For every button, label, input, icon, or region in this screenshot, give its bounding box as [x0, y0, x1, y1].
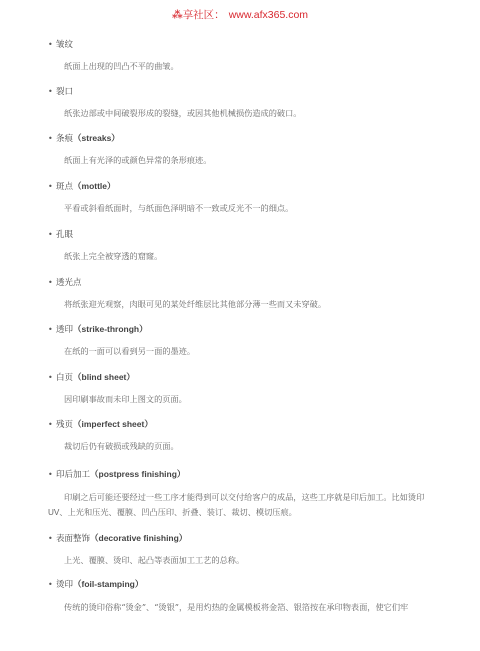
entry-title: •印后加工（postpress finishing）	[48, 468, 185, 481]
entry-description: 上光、覆膜、烫印、起凸等表面加工工艺的总称。	[64, 553, 444, 568]
entry-title: •白页（blind sheet）	[48, 371, 135, 384]
bullet-icon: •	[48, 324, 56, 336]
term-zh: 残页	[56, 420, 73, 430]
bullet-icon: •	[48, 229, 56, 241]
term-en: （foil-stamping）	[73, 579, 143, 589]
bullet-icon: •	[48, 579, 56, 591]
entry-description-line2: UV、上光和压光、覆膜、凹凸压印、折叠、装订、裁切、模切压痕。	[48, 505, 428, 520]
entry-description: 平看或斜看纸面时，与纸面色泽明暗不一致或反光不一的细点。	[64, 201, 444, 216]
entry-description: 纸张上完全被穿透的窟窿。	[64, 249, 444, 264]
term-zh: 印后加工	[56, 470, 90, 480]
description-continuation: 、上光和压光、覆膜、凹凸压印、折叠、装订、裁切、模切压痕。	[59, 507, 296, 517]
bullet-icon: •	[48, 133, 56, 145]
entry-description: 裁切后仍有破损或残缺的页面。	[64, 439, 444, 454]
entry-title: •斑点（mottle）	[48, 180, 116, 193]
bullet-icon: •	[48, 277, 56, 289]
entry-description: 纸面上有光泽的或颜色异常的条形痕迹。	[64, 153, 444, 168]
term-en: （postpress finishing）	[90, 469, 185, 479]
term-zh: 透印	[56, 325, 73, 335]
bullet-icon: •	[48, 533, 56, 545]
term-zh: 皱纹	[56, 40, 73, 50]
term-en: （decorative finishing）	[90, 533, 187, 543]
entry-description: 将纸张迎光观察，肉眼可见的某处纤维层比其他部分薄一些而又未穿破。	[64, 297, 444, 312]
entry-title: •透印（strike-throngh）	[48, 323, 148, 336]
entry-title: •皱纹	[48, 38, 73, 51]
term-zh: 烫印	[56, 580, 73, 590]
entry-description: 因印刷事故而未印上图文的页面。	[64, 392, 444, 407]
entry-description-line1: 印刷之后可能还要经过一些工序才能得到可以交付给客户的成品，这些工序就是印后加工。…	[64, 490, 444, 505]
entry-title: •残页（imperfect sheet）	[48, 418, 153, 431]
term-en: （blind sheet）	[73, 372, 135, 382]
entry-description: 传统的烫印俗称“烫金”、“烫银”，是用灼热的金属模板将金箔、银箔按在承印物表面，…	[64, 600, 444, 615]
bullet-icon: •	[48, 181, 56, 193]
term-en: （imperfect sheet）	[73, 419, 153, 429]
term-en: （mottle）	[73, 181, 116, 191]
entry-title: •裂口	[48, 85, 73, 98]
term-zh: 孔眼	[56, 230, 73, 240]
term-zh: 透光点	[56, 278, 82, 288]
term-zh: 裂口	[56, 87, 73, 97]
term-zh: 白页	[56, 373, 73, 383]
site-name: 享社区：	[183, 9, 225, 21]
entry-title: •透光点	[48, 276, 82, 289]
term-zh: 条痕	[56, 134, 73, 144]
entry-title: •表面整饰（decorative finishing）	[48, 532, 187, 545]
bullet-icon: •	[48, 419, 56, 431]
term-zh: 表面整饰	[56, 534, 90, 544]
bullet-icon: •	[48, 86, 56, 98]
bullet-icon: •	[48, 469, 56, 481]
term-zh: 斑点	[56, 182, 73, 192]
entry-title: •孔眼	[48, 228, 73, 241]
entry-description: 纸面上出现的凹凸不平的曲皱。	[64, 59, 444, 74]
entry-title: •烫印（foil-stamping）	[48, 578, 143, 591]
page-header-watermark: ⁂享社区：www.afx365.com	[0, 8, 480, 22]
uv-text: UV	[48, 508, 59, 517]
term-en: （streaks）	[73, 133, 120, 143]
site-logo-icon: ⁂	[172, 9, 183, 21]
entry-title: •条痕（streaks）	[48, 132, 120, 145]
bullet-icon: •	[48, 372, 56, 384]
term-en: （strike-throngh）	[73, 324, 148, 334]
site-url-link[interactable]: www.afx365.com	[229, 9, 308, 21]
entry-description: 纸张边部或中间破裂形成的裂缝，或因其他机械损伤造成的破口。	[64, 106, 444, 121]
entry-description: 在纸的一面可以看到另一面的墨迹。	[64, 344, 444, 359]
bullet-icon: •	[48, 39, 56, 51]
